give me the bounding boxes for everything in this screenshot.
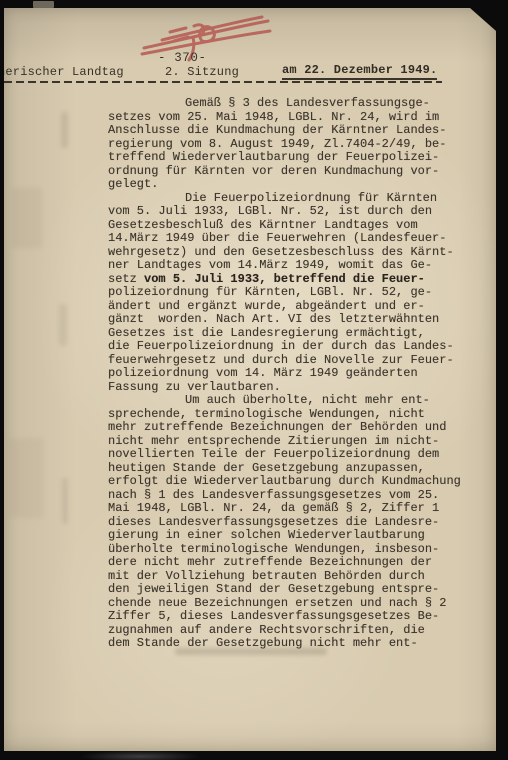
text-line: Ziffer 5, dieses Landesverfassungsgesetz…	[108, 610, 488, 624]
text-line: dieses Landesverfassungsgesetzes die Lan…	[108, 516, 488, 530]
header-divider	[4, 81, 442, 83]
text-line: setzes vom 25. Mai 1948, LGBL. Nr. 24, w…	[108, 111, 488, 125]
text-segment: setz	[108, 272, 144, 286]
text-line: gelegt.	[108, 178, 488, 192]
text-line: Gesetzes ist die Landesregierung ermächt…	[108, 327, 488, 341]
text-line: die Feuerpolizeiordnung in der durch das…	[108, 340, 488, 354]
header-institution: nerischer Landtag	[0, 65, 124, 79]
text-line: gänzt worden. Nach Art. VI des letzterwä…	[108, 313, 488, 327]
text-line: dere nicht mehr zutreffende Bezeichnunge…	[108, 556, 488, 570]
text-line: überholte terminologische Wendungen, ins…	[108, 543, 488, 557]
text-line: Die Feuerpolizeiordnung für Kärnten	[108, 192, 488, 206]
text-line: sprechende, terminologische Wendungen, n…	[108, 408, 488, 422]
header-session: 2. Sitzung	[165, 65, 239, 79]
text-line: zugnahmen auf andere Rechtsvorschriften,…	[108, 624, 488, 638]
ink-smudge	[12, 188, 42, 248]
paragraph: Die Feuerpolizeiordnung für Kärntenvom 5…	[108, 192, 488, 395]
document-body: Gemäß § 3 des Landesverfassungsge-setzes…	[108, 97, 488, 651]
text-line: vom 5. Juli 1933, LGBl. Nr. 52, ist durc…	[108, 205, 488, 219]
text-line: gierung in einer solchen Wiederverlautba…	[108, 529, 488, 543]
paragraph: Um auch überholte, nicht mehr ent-sprech…	[108, 394, 488, 651]
text-line: wehrgesetz) und den Gesetzesbeschluss de…	[108, 246, 488, 260]
text-line: feuerwehrgesetz und durch die Novelle zu…	[108, 354, 488, 368]
text-line: 14.März 1949 über die Feuerwehren (Lande…	[108, 232, 488, 246]
text-line: novellierten Teile der Feuerpolizeiordnu…	[108, 448, 488, 462]
text-line: ner Landtages vom 14.März 1949, womit da…	[108, 259, 488, 273]
text-line: ordnung für Kärnten vor deren Kundmachun…	[108, 165, 488, 179]
text-line: Um auch überholte, nicht mehr ent-	[108, 394, 488, 408]
text-line: chende neue Bezeichnungen ersetzen und n…	[108, 597, 488, 611]
page-number: - 370-	[158, 51, 207, 65]
text-line: den jeweiligen Stand der Gesetzgebung en…	[108, 583, 488, 597]
ink-smudge	[61, 112, 68, 148]
text-line: erfolgt die Wiederverlautbarung durch Ku…	[108, 475, 488, 489]
paper-edge-tab	[33, 1, 54, 8]
ink-smudge	[62, 478, 68, 524]
text-line: Mai 1948, LGBl. Nr. 24, da gemäß § 2, Zi…	[108, 502, 488, 516]
bold-text-segment: vom 5. Juli 1933, betreffend die Feuer-	[144, 272, 425, 286]
paragraph: Gemäß § 3 des Landesverfassungsge-setzes…	[108, 97, 488, 192]
ink-smudge	[10, 438, 44, 518]
scanned-document: - 370- nerischer Landtag 2. Sitzung am 2…	[0, 0, 508, 760]
text-line: heutigen Stande der Gesetzgebung anzupas…	[108, 462, 488, 476]
text-line: Gemäß § 3 des Landesverfassungsge-	[108, 97, 488, 111]
text-line: polizeiordnung für Kärnten, LGBl. Nr. 52…	[108, 286, 488, 300]
text-line: Gesetzesbeschluß des Kärntner Landtages …	[108, 219, 488, 233]
text-line: polizeiordnung vom 14. März 1949 geänder…	[108, 367, 488, 381]
text-line: treffend Wiederverlautbarung der Feuerpo…	[108, 151, 488, 165]
document-page: - 370- nerischer Landtag 2. Sitzung am 2…	[4, 8, 496, 751]
header-date: am 22. Dezember 1949.	[282, 63, 437, 80]
text-line: ändert und ergänzt wurde, abgeändert und…	[108, 300, 488, 314]
ink-smudge	[59, 304, 67, 346]
text-line: nicht mehr entsprechende Zitierungen im …	[108, 435, 488, 449]
text-line: mit der Vollziehung betrauten Behörden d…	[108, 570, 488, 584]
text-line: Anschlusse die Kundmachung der Kärntner …	[108, 124, 488, 138]
text-line: nach § 1 des Landesverfassungsgesetzes v…	[108, 489, 488, 503]
text-line: regierung vom 8. August 1949, Zl.7404-2/…	[108, 138, 488, 152]
text-line: mehr zutreffende Bezeichnungen der Behör…	[108, 421, 488, 435]
text-line: setz vom 5. Juli 1933, betreffend die Fe…	[108, 273, 488, 287]
text-line: Fassung zu verlautbaren.	[108, 381, 488, 395]
ink-smudge	[175, 648, 327, 655]
